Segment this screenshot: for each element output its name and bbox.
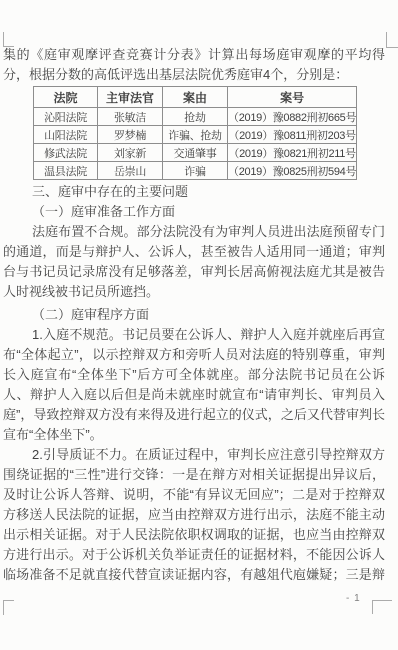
- section-heading: 三、庭审中存在的主要问题: [3, 182, 385, 202]
- doc-line: 集的《庭审观摩评查竞赛计分表》计算出每场庭审观摩的平均得: [3, 45, 385, 65]
- column-header-cause: 案由: [163, 87, 228, 108]
- table-row: 温县法院 岳崇山 诈骗 （2019）豫0825刑初594号: [34, 162, 357, 180]
- table-cell: 修武法院: [34, 144, 98, 162]
- column-header-judge: 主审法官: [98, 87, 163, 108]
- doc-line: 临场准备不足就直接代替宣读证据内容，有越俎代庖嫌疑；三是辩: [3, 565, 385, 585]
- table-cell: 岳崇山: [98, 162, 163, 180]
- table-row: 山阳法院 罗梦楠 诈骗、抢劫 （2019）豫0811刑初203号: [34, 126, 357, 144]
- doc-line: 方进行出示。对于公诉机关负举证责任的证据材料，不能因公诉人: [3, 545, 385, 565]
- table-cell: （2019）豫0882刑初665号: [228, 108, 357, 126]
- table-cell: 交通肇事: [163, 144, 228, 162]
- doc-line: 2.引导质证不力。在质证过程中，审判长应注意引导控辩双方: [3, 445, 385, 465]
- table-cell: （2019）豫0825刑初594号: [228, 162, 357, 180]
- table-cell: 罗梦楠: [98, 126, 163, 144]
- table-header-row: 法院 主审法官 案由 案号: [34, 87, 357, 108]
- table-cell: 刘家新: [98, 144, 163, 162]
- doc-line: 人时视线被书记员所遮挡。: [3, 282, 385, 302]
- crop-mark-bottom-left: [3, 600, 14, 615]
- table-cell: 张敏洁: [98, 108, 163, 126]
- doc-line: 围绕证据的“三性”进行交锋：一是在辩方对相关证据提出异议后，: [3, 465, 385, 485]
- doc-line: 方移送人民法院的证据，应当由控辩双方进行出示，法庭不能主动: [3, 505, 385, 525]
- table-cell: （2019）豫0811刑初203号: [228, 126, 357, 144]
- column-header-case-no: 案号: [228, 87, 357, 108]
- doc-line: 长入庭宣布“全体坐下”后方可全体就座。部分法院书记员在公诉: [3, 365, 385, 385]
- table-cell: 温县法院: [34, 162, 98, 180]
- doc-line: 出示相关证据。对于人民法院依职权调取的证据，也应当由控辩双: [3, 525, 385, 545]
- crop-mark-top-right: [386, 32, 398, 48]
- table-row: 沁阳法院 张敏洁 抢劫 （2019）豫0882刑初665号: [34, 108, 357, 126]
- column-header-court: 法院: [34, 87, 98, 108]
- doc-line: 1.入庭不规范。书记员要在公诉人、辩护人入庭并就座后再宣: [3, 325, 385, 345]
- table-row: 修武法院 刘家新 交通肇事 （2019）豫0821刑初211号: [34, 144, 357, 162]
- intro-paragraph: 集的《庭审观摩评查竞赛计分表》计算出每场庭审观摩的平均得 分，根据分数的高低评选…: [3, 45, 385, 85]
- doc-line: 法庭布置不合规。部分法院没有为审判人员进出法庭预留专门: [3, 222, 385, 242]
- table-cell: 抢劫: [163, 108, 228, 126]
- subsection-heading: （二）庭审程序方面: [3, 305, 385, 325]
- table-cell: 沁阳法院: [34, 108, 98, 126]
- doc-line: 及时让公诉人答辩、说明，不能“有异议无回应”；二是对于控辩双: [3, 485, 385, 505]
- doc-line: 布“全体起立”，以示控辩双方和旁听人员对法庭的特别尊重，审判: [3, 345, 385, 365]
- doc-line: 人、辩护人入庭以后但是尚未就座时就宣布“请审判长、审判员入: [3, 385, 385, 405]
- table-cell: （2019）豫0821刑初211号: [228, 144, 357, 162]
- doc-line: 分，根据分数的高低评选出基层法院优秀庭审4个，分别是：: [3, 65, 385, 85]
- doc-line: 宣布“全体坐下”。: [3, 425, 385, 445]
- doc-line: 台与书记员记录席没有足够落差，审判长居高俯视法庭尤其是被告: [3, 262, 385, 282]
- table-cell: 诈骗: [163, 162, 228, 180]
- doc-line: 庭”，导致控辩双方没有来得及进行起立的仪式，之后又代替审判长: [3, 405, 385, 425]
- table-cell: 诈骗、抢劫: [163, 126, 228, 144]
- page-number: - 1: [346, 593, 361, 604]
- document-body: 三、庭审中存在的主要问题 （一）庭审准备工作方面 法庭布置不合规。部分法院没有为…: [3, 182, 385, 585]
- crop-mark-bottom-right: [372, 600, 392, 614]
- document-page: 集的《庭审观摩评查竞赛计分表》计算出每场庭审观摩的平均得 分，根据分数的高低评选…: [0, 0, 398, 650]
- table-cell: 山阳法院: [34, 126, 98, 144]
- doc-line: 的通道，而是与辩护人、公诉人，甚至被告人适用同一通道；审判: [3, 242, 385, 262]
- subsection-heading: （一）庭审准备工作方面: [3, 202, 385, 222]
- case-table: 法院 主审法官 案由 案号 沁阳法院 张敏洁 抢劫 （2019）豫0882刑初6…: [33, 86, 357, 180]
